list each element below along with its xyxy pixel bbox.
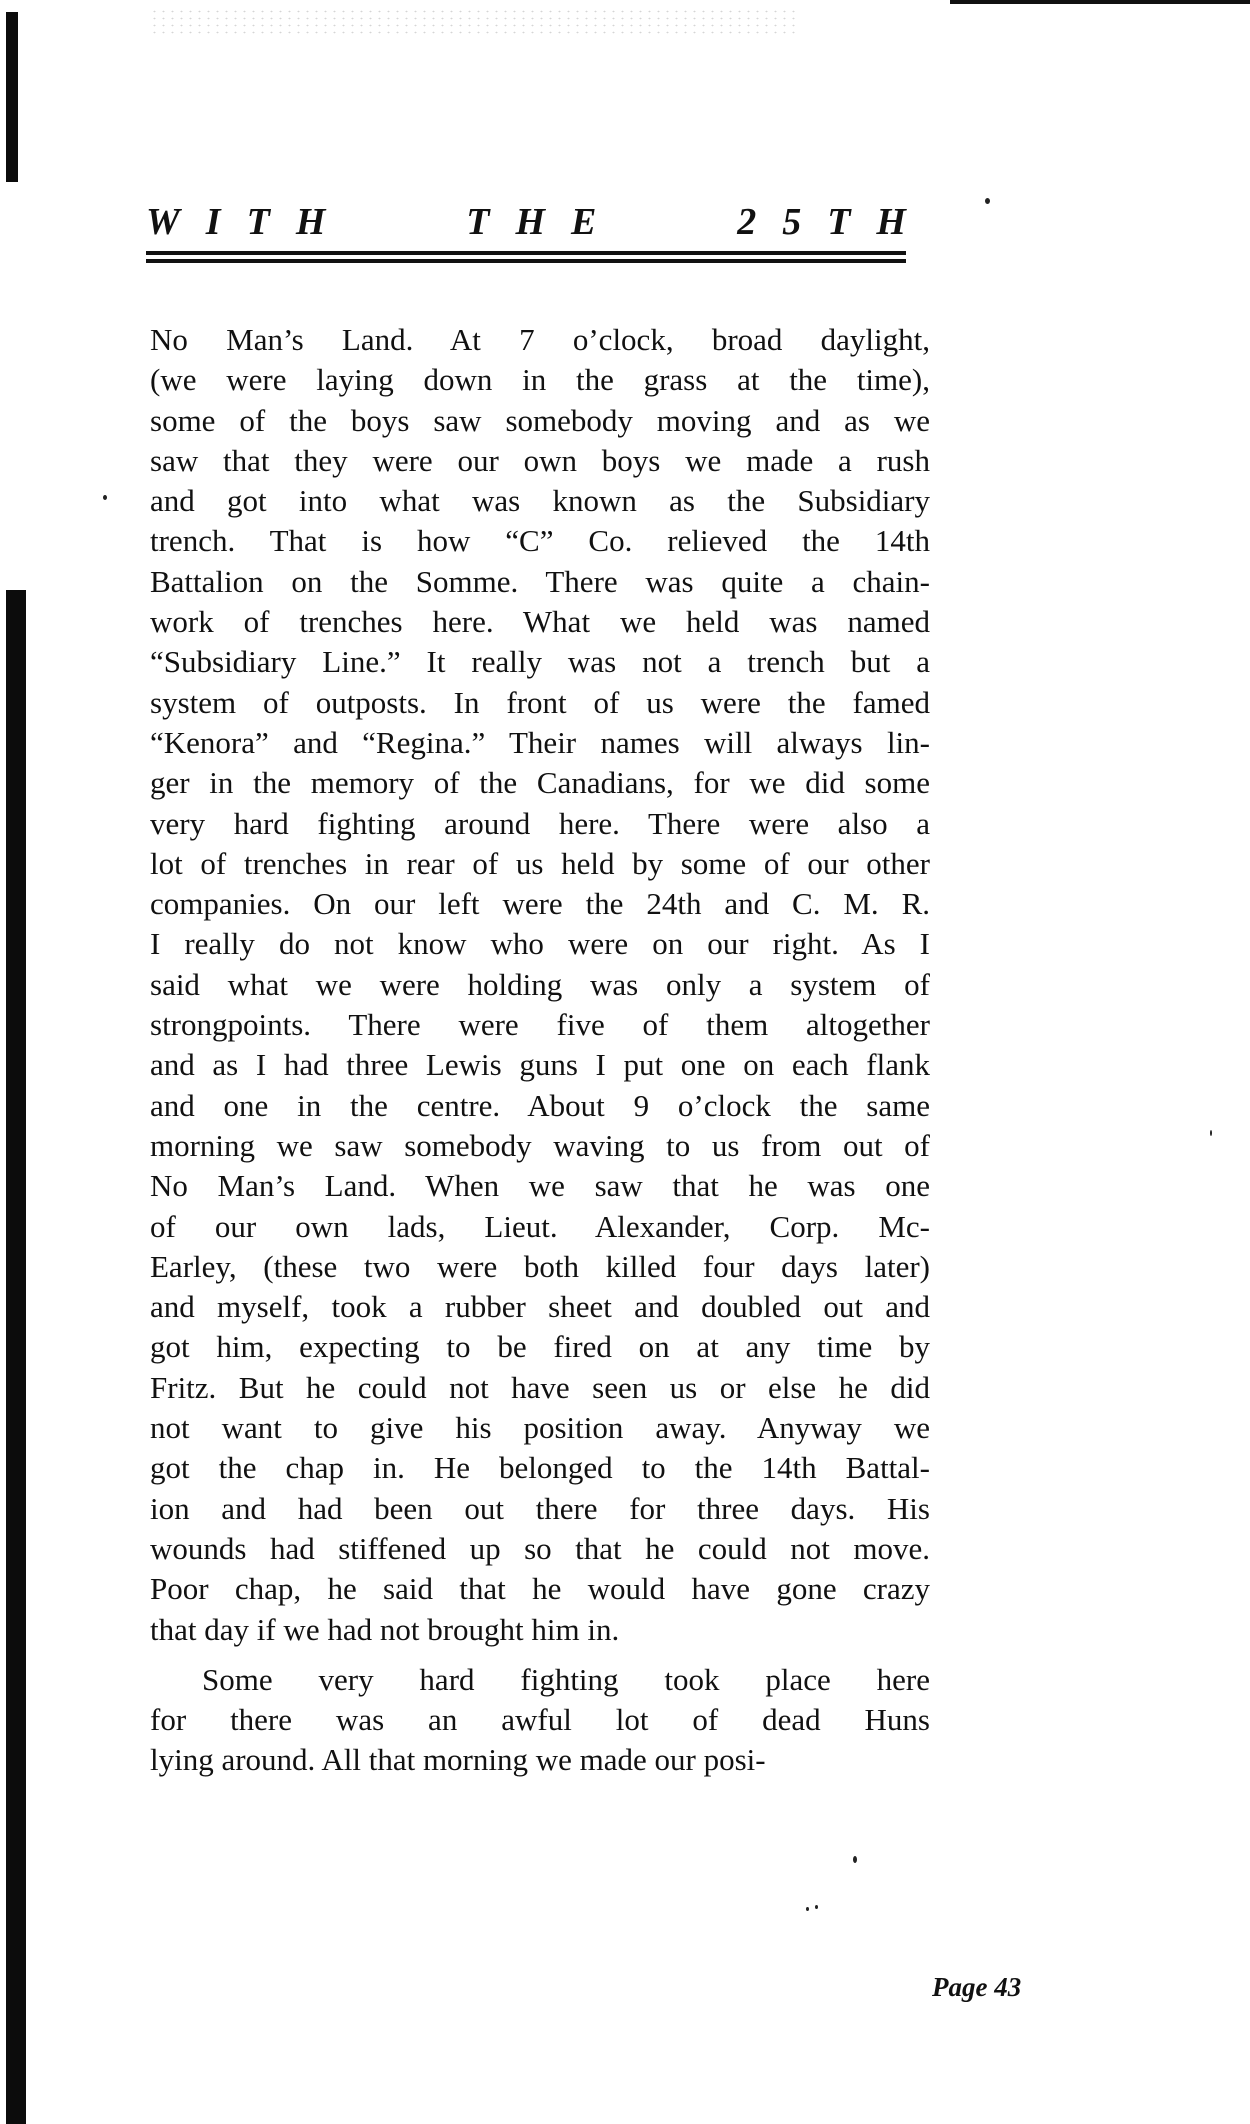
letter: H	[876, 200, 906, 244]
text-line: (we were laying down in the grass at the…	[150, 360, 930, 400]
text-line: No Man’s Land. At 7 o’clock, broad dayli…	[150, 320, 930, 360]
letter: T	[466, 200, 489, 244]
text-line: got him, expecting to be fired on at any…	[150, 1327, 930, 1367]
letter: W	[146, 200, 180, 244]
text-line: strongpoints. There were five of them al…	[150, 1005, 930, 1045]
text-line: and one in the centre. About 9 o’clock t…	[150, 1086, 930, 1126]
letter: H	[296, 200, 326, 244]
binding-shadow	[6, 590, 26, 2124]
binding-shadow-top	[6, 12, 18, 182]
text-line: not want to give his position away. Anyw…	[150, 1408, 930, 1448]
text-line: morning we saw somebody waving to us fro…	[150, 1126, 930, 1166]
text-line: Battalion on the Somme. There was quite …	[150, 562, 930, 602]
text-line: and got into what was known as the Subsi…	[150, 481, 930, 521]
text-line: and as I had three Lewis guns I put one …	[150, 1045, 930, 1085]
paragraph: No Man’s Land. At 7 o’clock, broad dayli…	[150, 320, 930, 1650]
body-text: No Man’s Land. At 7 o’clock, broad dayli…	[150, 320, 930, 1781]
scan-speck	[103, 495, 107, 500]
text-line: trench. That is how “C” Co. relieved the…	[150, 521, 930, 561]
text-line: that day if we had not brought him in.	[150, 1610, 930, 1650]
running-head-word-the: T H E	[466, 200, 596, 244]
letter: 2	[737, 200, 756, 244]
scan-speck	[853, 1856, 857, 1863]
text-line: ger in the memory of the Canadians, for …	[150, 763, 930, 803]
text-line: said what we were holding was only a sys…	[150, 965, 930, 1005]
text-line: wounds had stiffened up so that he could…	[150, 1529, 930, 1569]
text-line: “Subsidiary Line.” It really was not a t…	[150, 642, 930, 682]
text-line: Earley, (these two were both killed four…	[150, 1247, 930, 1287]
running-head-word-with: W I T H	[146, 200, 325, 244]
page-number: Page 43	[932, 1972, 1021, 2003]
text-line: some of the boys saw somebody moving and…	[150, 401, 930, 441]
letter: E	[571, 200, 596, 244]
text-line: Poor chap, he said that he would have go…	[150, 1569, 930, 1609]
scan-speck	[985, 198, 990, 204]
letter: 5	[782, 200, 801, 244]
text-line: for there was an awful lot of dead Huns	[150, 1700, 930, 1740]
text-line: companies. On our left were the 24th and…	[150, 884, 930, 924]
text-line: of our own lads, Lieut. Alexander, Corp.…	[150, 1207, 930, 1247]
text-line: very hard fighting around here. There we…	[150, 804, 930, 844]
rule-line	[146, 259, 906, 263]
scan-speck	[806, 1907, 809, 1911]
page-edge	[950, 0, 1250, 4]
scan-noise	[150, 8, 800, 38]
letter: H	[515, 200, 545, 244]
scan-speck	[1210, 1130, 1212, 1136]
paragraph: Some very hard fighting took place heref…	[150, 1660, 930, 1781]
rule-line	[146, 251, 906, 255]
text-line: got the chap in. He belonged to the 14th…	[150, 1448, 930, 1488]
text-line: Fritz. But he could not have seen us or …	[150, 1368, 930, 1408]
text-line: lot of trenches in rear of us held by so…	[150, 844, 930, 884]
text-line: Some very hard fighting took place here	[150, 1660, 930, 1700]
text-line: saw that they were our own boys we made …	[150, 441, 930, 481]
running-head-word-25th: 2 5 T H	[737, 200, 906, 244]
letter: I	[206, 200, 221, 244]
header-double-rule	[146, 251, 906, 263]
running-head: W I T H T H E 2 5 T H	[146, 196, 906, 248]
letter: T	[247, 200, 270, 244]
text-line: system of outposts. In front of us were …	[150, 683, 930, 723]
text-line: No Man’s Land. When we saw that he was o…	[150, 1166, 930, 1206]
text-line: I really do not know who were on our rig…	[150, 924, 930, 964]
text-line: lying around. All that morning we made o…	[150, 1740, 930, 1780]
scan-speck	[815, 1905, 818, 1909]
text-line: “Kenora” and “Regina.” Their names will …	[150, 723, 930, 763]
letter: T	[827, 200, 850, 244]
text-line: ion and had been out there for three day…	[150, 1489, 930, 1529]
text-line: work of trenches here. What we held was …	[150, 602, 930, 642]
text-line: and myself, took a rubber sheet and doub…	[150, 1287, 930, 1327]
